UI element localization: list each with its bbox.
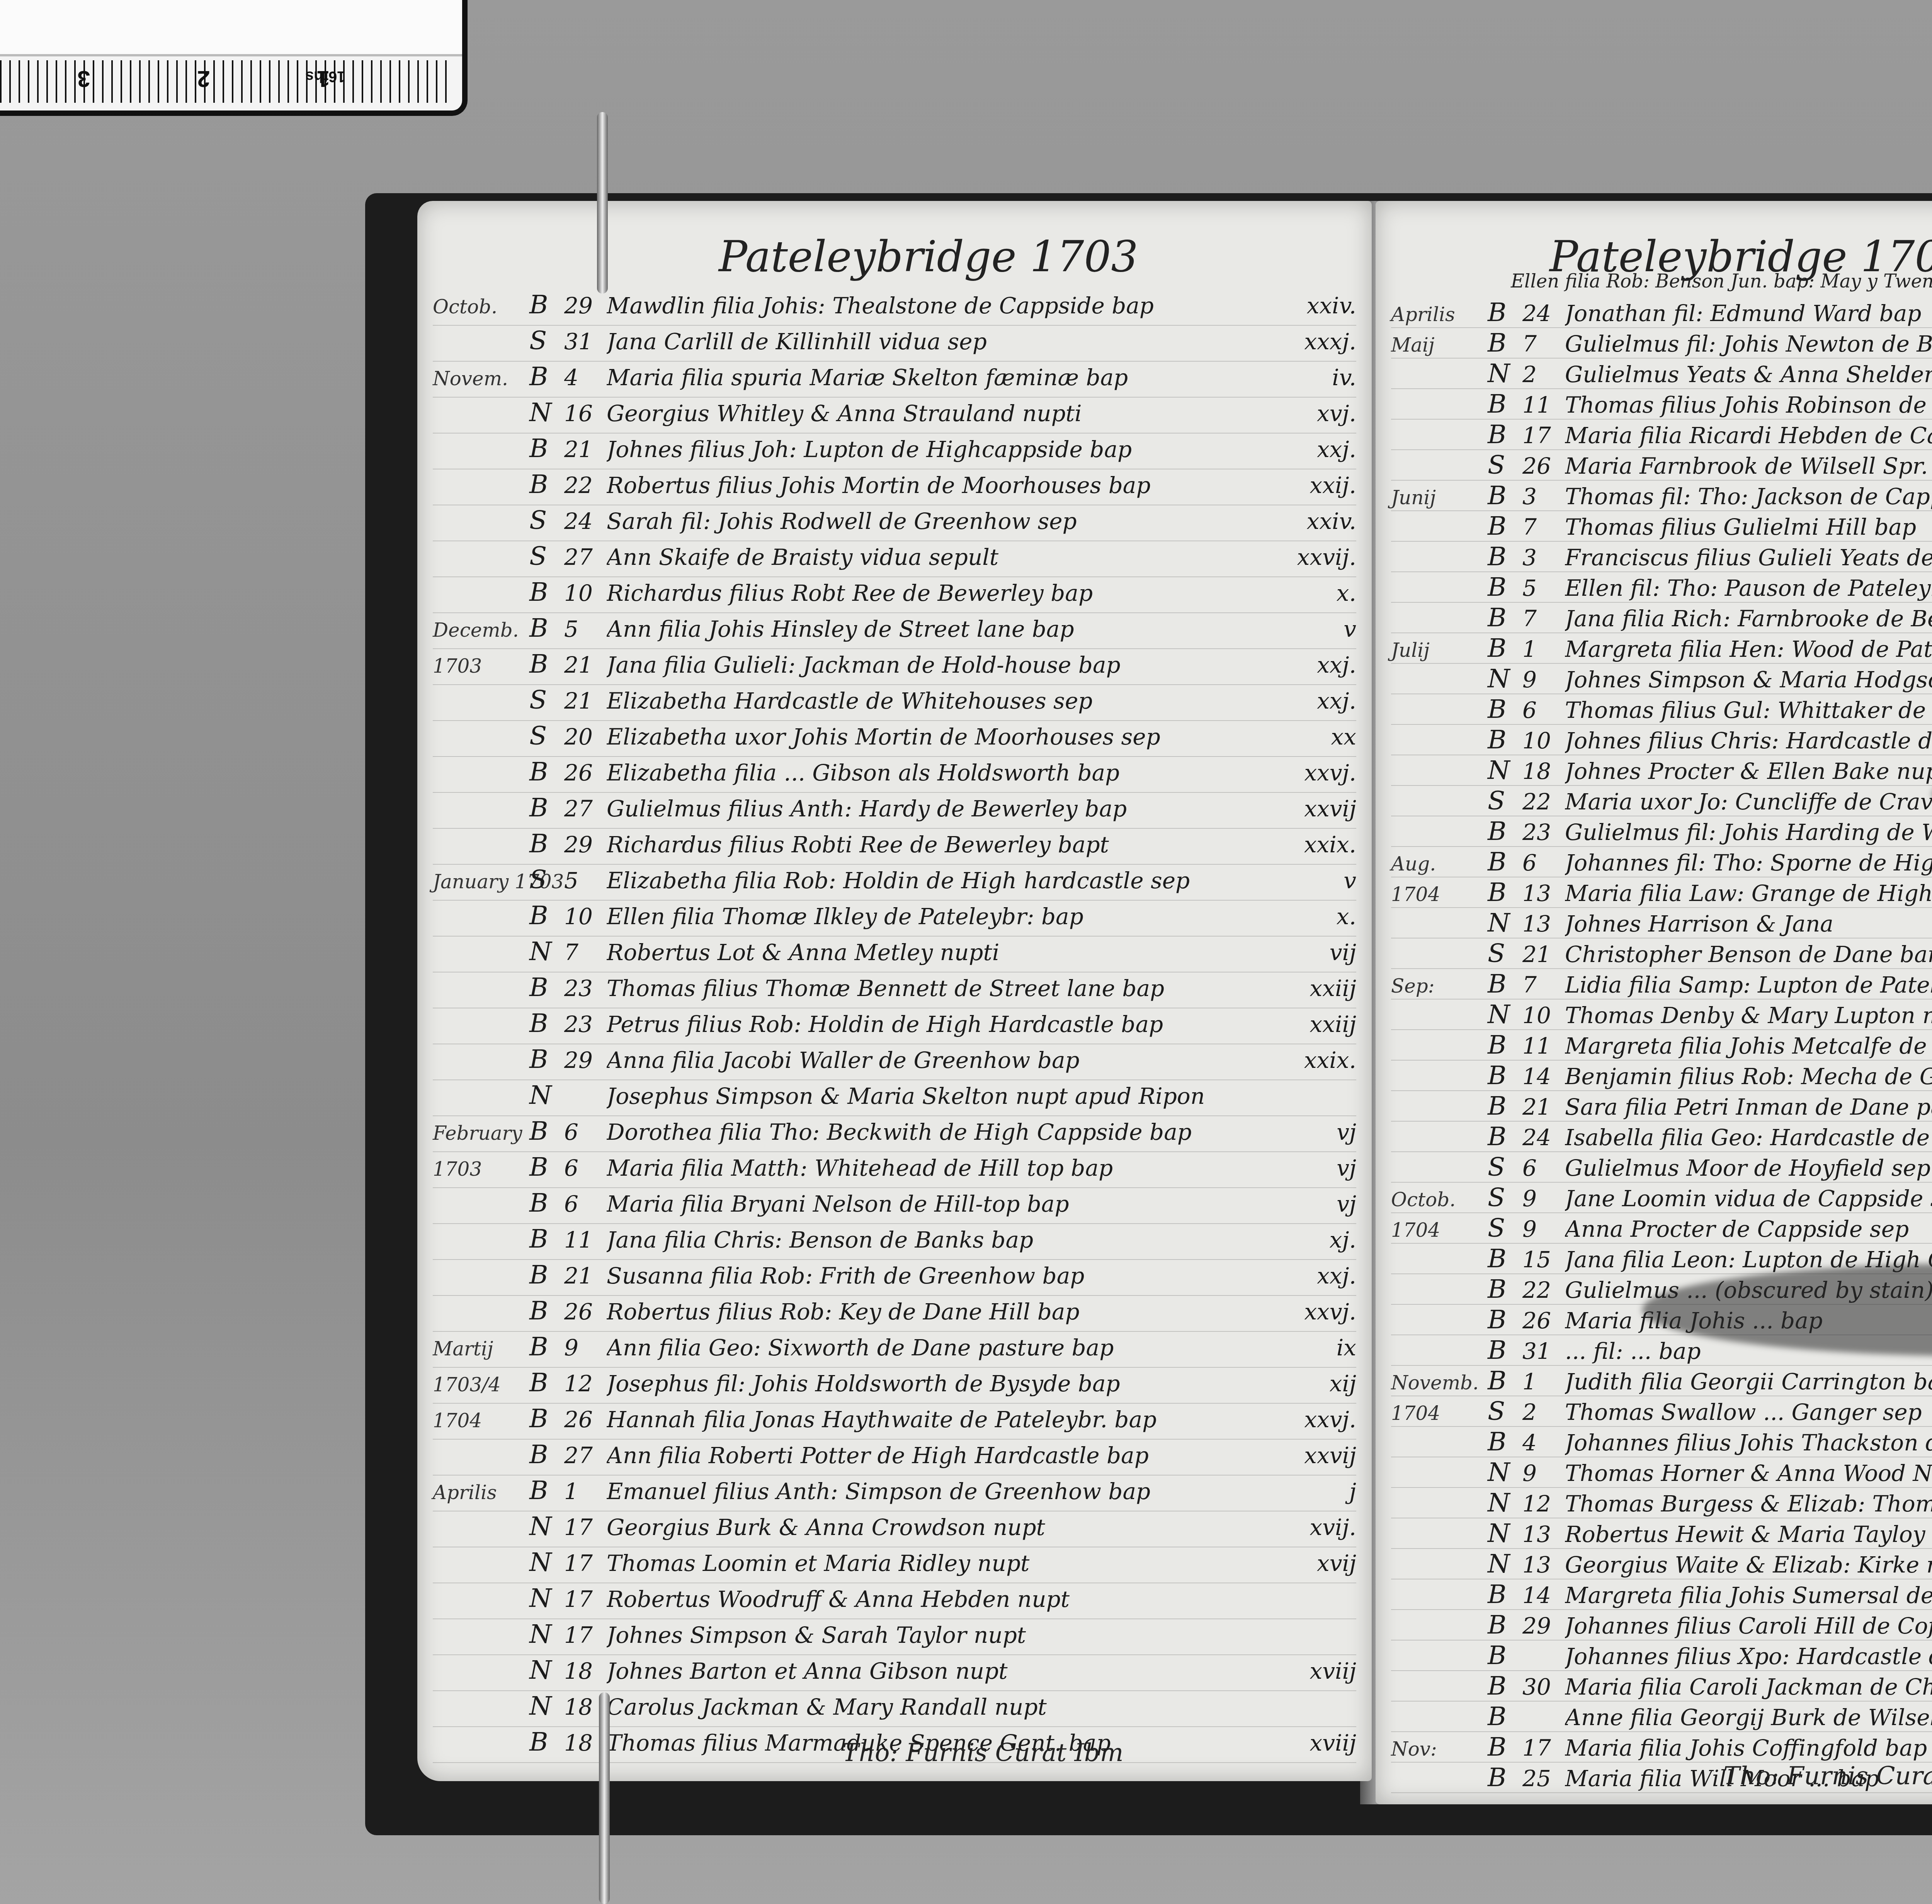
entry-type-mark: B — [1488, 511, 1522, 541]
entry-roman-date: v — [1271, 867, 1356, 894]
entry-day: 1 — [1522, 1368, 1565, 1395]
entry-month: 1703 — [433, 655, 529, 677]
entry-text: Benjamin filius Rob: Mecha de Greenhow b… — [1565, 1063, 1932, 1090]
entry-day: 21 — [564, 1263, 607, 1289]
entry-text: Thomas filius Johis Robinson de Peckelan… — [1565, 392, 1932, 418]
entry-type-mark: S — [529, 685, 564, 715]
register-entry-row: BAnne filia Georgij Burk de Wilsell bapi… — [1391, 1702, 1932, 1732]
entry-type-mark: B — [1488, 572, 1522, 602]
entry-text: Johannes filius Johis Thackston de Brais… — [1565, 1430, 1932, 1456]
entry-text: Gulielmus Moor de Hoyfield sep — [1565, 1155, 1932, 1181]
entry-day: 26 — [564, 760, 607, 786]
entry-day: 17 — [564, 1550, 607, 1576]
entry-text: Maria filia Caroli Jackman de Church Gre… — [1565, 1674, 1932, 1700]
entry-type-mark: N — [1488, 664, 1522, 694]
right-page: Pateleybridge 1704. 24 Ellen filia Rob: … — [1376, 201, 1932, 1804]
register-entry-row: N13Johnes Harrison & Jananupt xiij — [1391, 908, 1932, 938]
entry-text: Gulielmus filius Anth: Hardy de Bewerley… — [607, 796, 1271, 822]
entry-type-mark: B — [1488, 816, 1522, 846]
entry-roman-date: xxvj. — [1271, 1299, 1356, 1325]
entry-type-mark: N — [529, 937, 564, 966]
register-entry-row: B21Sara filia Petri Inman de Dane pastur… — [1391, 1091, 1932, 1122]
entry-month: Julij — [1391, 639, 1488, 661]
entry-roman-date: xvj. — [1271, 400, 1356, 427]
entry-day: 1 — [1522, 636, 1565, 662]
register-entry-row: N2Gulielmus Yeats & Anna Shelden nuptij. — [1391, 359, 1932, 389]
entry-text: Gulielmus Yeats & Anna Shelden nupt — [1565, 361, 1932, 388]
register-entry-row: N10Thomas Denby & Mary Lupton nuptdecimo… — [1391, 1000, 1932, 1030]
entry-type-mark: B — [1488, 328, 1522, 358]
entry-month: 1704 — [433, 1409, 529, 1432]
entry-day: 10 — [1522, 1002, 1565, 1028]
entry-text: Hannah filia Jonas Haythwaite de Pateley… — [607, 1406, 1271, 1433]
entry-text: Ann Skaife de Braisty vidua sepult — [607, 544, 1271, 570]
measuring-ruler: 3 2 1 16ths — [0, 0, 468, 116]
entry-text: Robertus Hewit & Maria Tayloy nupt: — [1565, 1521, 1932, 1547]
left-curate-signature: Tho: Furnis Curat Ibm — [842, 1739, 1123, 1767]
entry-text: Jana filia Gulieli: Jackman de Hold-hous… — [607, 652, 1271, 678]
entry-day: 31 — [1522, 1338, 1565, 1364]
entry-month: 1704 — [1391, 883, 1488, 906]
register-entry-row: B26Robertus filius Rob: Key de Dane Hill… — [433, 1296, 1356, 1332]
entry-day: 7 — [1522, 605, 1565, 632]
register-entry-row: N17Robertus Woodruff & Anna Hebden nupt — [433, 1583, 1356, 1619]
entry-type-mark: B — [1488, 389, 1522, 419]
entry-roman-date: xxvij — [1271, 796, 1356, 822]
entry-day: 14 — [1522, 1582, 1565, 1608]
entry-type-mark: B — [529, 972, 564, 1002]
entry-type-mark: B — [529, 1224, 564, 1254]
right-register-entries: AprilisB24Jonathan fil: Edmund Ward bapx… — [1391, 297, 1932, 1793]
entry-type-mark: B — [1488, 1579, 1522, 1609]
entry-month: Aprilis — [433, 1481, 529, 1504]
entry-type-mark: B — [529, 829, 564, 858]
entry-day: 23 — [564, 975, 607, 1001]
entry-type-mark: B — [529, 1727, 564, 1757]
entry-text: Jana filia Chris: Benson de Banks bap — [607, 1227, 1271, 1253]
register-entry-row: 1704B13Maria filia Law: Grange de High R… — [1391, 877, 1932, 908]
entry-type-mark: B — [1488, 1366, 1522, 1396]
entry-day: 26 — [564, 1406, 607, 1433]
entry-month: Octob. — [433, 296, 529, 318]
entry-roman-date: iv. — [1271, 364, 1356, 391]
entry-roman-date: xxj. — [1271, 436, 1356, 462]
entry-day: 4 — [1522, 1430, 1565, 1456]
entry-type-mark: B — [529, 577, 564, 607]
register-entry-row: Novem.B4Maria filia spuria Mariæ Skelton… — [433, 362, 1356, 398]
entry-text: Dorothea filia Tho: Beckwith de High Cap… — [607, 1119, 1271, 1145]
register-entry-row: S26Maria Farnbrook de Wilsell Spr. sepxx… — [1391, 450, 1932, 481]
entry-text: Sarah fil: Johis Rodwell de Greenhow sep — [607, 508, 1271, 534]
entry-month: 1704 — [1391, 1219, 1488, 1241]
entry-text: Maria filia Matth: Whitehead de Hill top… — [607, 1155, 1271, 1181]
entry-day: 6 — [564, 1191, 607, 1217]
entry-type-mark: B — [529, 793, 564, 823]
entry-type-mark: N — [529, 1511, 564, 1541]
register-entry-row: JulijB1Margreta filia Hen: Wood de Patel… — [1391, 633, 1932, 664]
register-entry-row: B6Maria filia Bryani Nelson de Hill-top … — [433, 1188, 1356, 1224]
entry-roman-date: xxvij. — [1271, 544, 1356, 570]
entry-text: Georgius Waite & Elizab: Kirke nupt: — [1565, 1552, 1932, 1578]
entry-day: 11 — [564, 1227, 607, 1253]
entry-type-mark: B — [529, 290, 564, 320]
entry-type-mark: N — [529, 1547, 564, 1577]
entry-day: 21 — [1522, 941, 1565, 967]
register-entry-row: 1703B6Maria filia Matth: Whitehead de Hi… — [433, 1152, 1356, 1188]
entry-day: 31 — [564, 328, 607, 355]
entry-text: Christopher Benson de Dane banks sep — [1565, 941, 1932, 967]
entry-month: Martij — [433, 1338, 529, 1360]
register-entry-row: 1703B21Jana filia Gulieli: Jackman de Ho… — [433, 649, 1356, 685]
entry-type-mark: B — [529, 1440, 564, 1469]
entry-day: 26 — [564, 1299, 607, 1325]
entry-text: Sara filia Petri Inman de Dane pasture b… — [1565, 1094, 1932, 1120]
entry-roman-date: xviij — [1271, 1658, 1356, 1684]
entry-month: Novemb. — [1391, 1372, 1488, 1394]
entry-text: Johannes filius Caroli Hill de Coffingfo… — [1565, 1613, 1932, 1639]
entry-type-mark: B — [1488, 725, 1522, 755]
register-entry-row: N13Robertus Hewit & Maria Tayloy nupt:xi… — [1391, 1518, 1932, 1549]
left-page-title: Pateleybridge 1703 — [719, 232, 1138, 281]
entry-day: 24 — [1522, 300, 1565, 326]
register-entry-row: B11Thomas filius Johis Robinson de Pecke… — [1391, 389, 1932, 420]
register-entry-row: N17Thomas Loomin et Maria Ridley nuptxvi… — [433, 1547, 1356, 1583]
entry-type-mark: B — [1488, 1061, 1522, 1090]
entry-text: Susanna filia Rob: Frith de Greenhow bap — [607, 1263, 1271, 1289]
entry-text: Maria filia Bryani Nelson de Hill-top ba… — [607, 1191, 1271, 1217]
entry-text: Thomas Denby & Mary Lupton nupt — [1565, 1002, 1932, 1028]
entry-month: Aprilis — [1391, 303, 1488, 326]
entry-month: Novem. — [433, 367, 529, 390]
entry-type-mark: B — [529, 1332, 564, 1362]
entry-text: Johnes Harrison & Jana — [1565, 911, 1932, 937]
entry-type-mark: B — [529, 1044, 564, 1074]
register-entry-row: January 1703S5Elizabetha filia Rob: Hold… — [433, 865, 1356, 901]
entry-day: 14 — [1522, 1063, 1565, 1090]
register-entry-row: N16Georgius Whitley & Anna Strauland nup… — [433, 398, 1356, 433]
register-entry-row: 1703/4B12Josephus fil: Johis Holdsworth … — [433, 1368, 1356, 1404]
page-weight-left — [599, 1692, 610, 1904]
entry-day: 9 — [1522, 666, 1565, 693]
register-entry-row: B17Maria filia Ricardi Hebden de Cappsid… — [1391, 420, 1932, 450]
entry-day: 24 — [564, 508, 607, 534]
entry-text: Maria filia spuria Mariæ Skelton fæminæ … — [607, 364, 1271, 391]
entry-day: 27 — [564, 796, 607, 822]
entry-text: Isabella filia Geo: Hardcastle de Wighil… — [1565, 1124, 1932, 1151]
entry-day: 18 — [564, 1658, 607, 1684]
right-curate-signature: Tho: Furnis Curat Ibm — [1723, 1762, 1932, 1790]
entry-text: Richardus filius Robt Ree de Bewerley ba… — [607, 580, 1271, 606]
entry-roman-date: xxvij — [1271, 1442, 1356, 1469]
entry-day: 6 — [564, 1119, 607, 1145]
entry-day: 12 — [1522, 1491, 1565, 1517]
entry-roman-date: v — [1271, 616, 1356, 642]
entry-type-mark: B — [1488, 633, 1522, 663]
entry-type-mark: B — [1488, 481, 1522, 510]
entry-type-mark: B — [1488, 1610, 1522, 1640]
entry-type-mark: S — [529, 505, 564, 535]
paper-clip — [597, 112, 608, 294]
register-entry-row: 1704B26Hannah filia Jonas Haythwaite de … — [433, 1404, 1356, 1440]
entry-type-mark: B — [1488, 1244, 1522, 1273]
entry-type-mark: S — [1488, 938, 1522, 968]
entry-roman-date: vj — [1271, 1155, 1356, 1181]
entry-text: Thomas filius Thomæ Bennett de Street la… — [607, 975, 1271, 1001]
entry-day: 13 — [1522, 880, 1565, 906]
entry-type-mark: B — [1488, 1702, 1522, 1731]
entry-text: Elizabetha filia ... Gibson als Holdswor… — [607, 760, 1271, 786]
register-entry-row: B23Gulielmus fil: Johis Harding de Woode… — [1391, 816, 1932, 847]
entry-text: Johnes Barton et Anna Gibson nupt — [607, 1658, 1271, 1684]
register-entry-row: 1704S9Anna Procter de Cappside sepix — [1391, 1213, 1932, 1244]
register-entry-row: S31Jana Carlill de Killinhill vidua sepx… — [433, 326, 1356, 362]
entry-text: Ann filia Roberti Potter de High Hardcas… — [607, 1442, 1271, 1469]
entry-type-mark: N — [529, 1655, 564, 1685]
entry-day: 23 — [1522, 819, 1565, 845]
entry-day: 21 — [564, 688, 607, 714]
left-page: Pateleybridge 1703 Octob.B29Mawdlin fili… — [417, 201, 1372, 1781]
entry-day: 16 — [564, 400, 607, 427]
entry-text: Elizabetha uxor Johis Mortin de Moorhous… — [607, 724, 1271, 750]
entry-type-mark: S — [1488, 1213, 1522, 1243]
register-entry-row: Nov:B17Maria filia Johis Coffingfold bap… — [1391, 1732, 1932, 1763]
entry-day: 17 — [1522, 1735, 1565, 1761]
right-header-note: Ellen filia Rob: Benson Jun. bap: May y … — [1511, 270, 1932, 292]
entry-text: Robertus filius Rob: Key de Dane Hill ba… — [607, 1299, 1271, 1325]
register-entry-row: JunijB3Thomas fil: Tho: Jackson de Capps… — [1391, 481, 1932, 511]
entry-type-mark: B — [1488, 1122, 1522, 1151]
ruler-mark-2: 2 — [197, 66, 210, 92]
entry-day: 7 — [1522, 514, 1565, 540]
entry-day: 22 — [564, 472, 607, 498]
entry-type-mark: B — [529, 469, 564, 499]
entry-type-mark: S — [1488, 1183, 1522, 1212]
entry-roman-date: xxiv. — [1271, 508, 1356, 534]
entry-text: Johnes filius Chris: Hardcastle de High … — [1565, 728, 1932, 754]
entry-day: 10 — [1522, 728, 1565, 754]
register-entry-row: NJosephus Simpson & Maria Skelton nupt a… — [433, 1080, 1356, 1116]
ruler-mark-3: 3 — [77, 66, 90, 92]
entry-type-mark: B — [1488, 1335, 1522, 1365]
entry-month: Junij — [1391, 486, 1488, 509]
entry-day: 20 — [564, 724, 607, 750]
register-entry-row: N18Johnes Procter & Ellen Bake nuptixvii… — [1391, 755, 1932, 786]
entry-day: 6 — [1522, 1155, 1565, 1181]
entry-type-mark: B — [1488, 1274, 1522, 1304]
entry-type-mark: B — [1488, 847, 1522, 877]
register-entry-row: B29Anna filia Jacobi Waller de Greenhow … — [433, 1044, 1356, 1080]
entry-text: Emanuel filius Anth: Simpson de Greenhow… — [607, 1478, 1271, 1504]
entry-type-mark: S — [1488, 1396, 1522, 1426]
entry-roman-date: x. — [1271, 903, 1356, 930]
entry-type-mark: S — [529, 865, 564, 894]
register-entry-row: Octob.B29Mawdlin filia Johis: Thealstone… — [433, 290, 1356, 326]
register-entry-row: B10Ellen filia Thomæ Ilkley de Pateleybr… — [433, 901, 1356, 937]
entry-day: 27 — [564, 544, 607, 570]
entry-day: 11 — [1522, 392, 1565, 418]
register-entry-row: Sep:B7Lidia filia Samp: Lupton de Patele… — [1391, 969, 1932, 1000]
entry-type-mark: B — [1488, 1763, 1522, 1792]
entry-day: 13 — [1522, 1552, 1565, 1578]
entry-day: 7 — [1522, 331, 1565, 357]
entry-day: 2 — [1522, 1399, 1565, 1425]
register-entry-row: FebruaryB6Dorothea filia Tho: Beckwith d… — [433, 1116, 1356, 1152]
entry-day: 4 — [564, 364, 607, 391]
entry-type-mark: B — [1488, 1030, 1522, 1060]
entry-day: 17 — [564, 1514, 607, 1540]
entry-month: 1703/4 — [433, 1374, 529, 1396]
entry-roman-date: xj. — [1271, 1227, 1356, 1253]
entry-text: Petrus filius Rob: Holdin de High Hardca… — [607, 1011, 1271, 1037]
entry-text: Maria filia Law: Grange de High Rykes ba… — [1565, 880, 1932, 906]
entry-text: Thomas Loomin et Maria Ridley nupt — [607, 1550, 1271, 1576]
entry-type-mark: N — [1488, 908, 1522, 938]
register-entry-row: N17Georgius Burk & Anna Crowdson nuptxvi… — [433, 1511, 1356, 1547]
register-entry-row: B24Isabella filia Geo: Hardcastle de Wig… — [1391, 1122, 1932, 1152]
entry-roman-date: xxvj. — [1271, 1406, 1356, 1433]
register-entry-row: MartijB9Ann filia Geo: Sixworth de Dane … — [433, 1332, 1356, 1368]
register-entry-row: N9Johnes Simpson & Maria Hodgson nuptiix — [1391, 664, 1932, 694]
entry-text: Johnes Simpson & Maria Hodgson nupti — [1565, 666, 1932, 693]
register-entry-row: B27Ann filia Roberti Potter de High Hard… — [433, 1440, 1356, 1476]
entry-day: 26 — [1522, 1307, 1565, 1334]
entry-text: Maria filia Johis Coffingfold bap (struc… — [1565, 1735, 1932, 1761]
entry-type-mark: S — [1488, 450, 1522, 480]
entry-type-mark: B — [1488, 1732, 1522, 1762]
entry-text: Johnes filius Joh: Lupton de Highcappsid… — [607, 436, 1271, 462]
entry-day: 3 — [1522, 544, 1565, 571]
entry-day: 5 — [1522, 575, 1565, 601]
entry-type-mark: N — [1488, 755, 1522, 785]
entry-day: 21 — [564, 652, 607, 678]
entry-text: Johnes Procter & Ellen Bake nupti — [1565, 758, 1932, 784]
entry-type-mark: B — [1488, 420, 1522, 449]
entry-day: 3 — [1522, 483, 1565, 510]
entry-text: Johannes fil: Tho: Sporne de High Cappsi… — [1565, 850, 1932, 876]
entry-roman-date: xviij — [1271, 1730, 1356, 1756]
entry-type-mark: B — [529, 901, 564, 930]
register-entry-row: B30Maria filia Caroli Jackman de Church … — [1391, 1671, 1932, 1702]
entry-type-mark: B — [1488, 542, 1522, 571]
entry-text: Lidia filia Samp: Lupton de Pateleybr: b… — [1565, 972, 1932, 998]
entry-day: 22 — [1522, 1277, 1565, 1303]
register-entry-row: B23Thomas filius Thomæ Bennett de Street… — [433, 972, 1356, 1008]
register-entry-row: Decemb.B5Ann filia Johis Hinsley de Stre… — [433, 613, 1356, 649]
entry-text: Margreta filia Johis Sumersal de Pateley… — [1565, 1582, 1932, 1608]
entry-day: 6 — [1522, 697, 1565, 723]
register-entry-row: B29Richardus filius Robti Ree de Bewerle… — [433, 829, 1356, 865]
entry-type-mark: B — [529, 1008, 564, 1038]
entry-day: 29 — [564, 1047, 607, 1073]
register-entry-row: N9Thomas Horner & Anna Wood Nuptix — [1391, 1457, 1932, 1488]
entry-roman-date: xij — [1271, 1370, 1356, 1397]
entry-text: Jana filia Rich: Farnbrooke de Bewerley … — [1565, 605, 1932, 632]
entry-day: 29 — [564, 292, 607, 319]
entry-day: 13 — [1522, 1521, 1565, 1547]
entry-text: Jonathan fil: Edmund Ward bap — [1565, 300, 1932, 326]
entry-type-mark: B — [529, 649, 564, 679]
entry-type-mark: N — [529, 398, 564, 427]
register-entry-row: B14Margreta filia Johis Sumersal de Pate… — [1391, 1579, 1932, 1610]
entry-day: 18 — [1522, 758, 1565, 784]
entry-type-mark: B — [1488, 297, 1522, 327]
entry-roman-date: vj — [1271, 1191, 1356, 1217]
entry-type-mark: B — [529, 757, 564, 787]
entry-day: 17 — [1522, 422, 1565, 449]
entry-text: Georgius Burk & Anna Crowdson nupt — [607, 1514, 1271, 1540]
register-entry-row: N13Georgius Waite & Elizab: Kirke nupt:x… — [1391, 1549, 1932, 1579]
entry-day: 6 — [1522, 850, 1565, 876]
entry-type-mark: B — [1488, 694, 1522, 724]
entry-day: 11 — [1522, 1033, 1565, 1059]
entry-type-mark: N — [529, 1619, 564, 1649]
entry-type-mark: B — [1488, 1640, 1522, 1670]
entry-type-mark: B — [529, 1296, 564, 1326]
entry-type-mark: N — [529, 1691, 564, 1721]
ruler-ticks — [0, 60, 447, 103]
entry-day: 6 — [564, 1155, 607, 1181]
entry-month: Aug. — [1391, 853, 1488, 875]
entry-type-mark: S — [1488, 786, 1522, 816]
entry-day: 17 — [564, 1586, 607, 1612]
register-entry-row: B11Jana filia Chris: Benson de Banks bap… — [433, 1224, 1356, 1260]
entry-text: Jana Carlill de Killinhill vidua sep — [607, 328, 1271, 355]
entry-roman-date: xvij — [1271, 1550, 1356, 1576]
entry-type-mark: B — [529, 1116, 564, 1146]
entry-day: 7 — [1522, 972, 1565, 998]
entry-text: Gulielmus fil: Johis Harding de Woodend … — [1565, 819, 1932, 845]
entry-month: February — [433, 1122, 529, 1144]
entry-type-mark: B — [529, 1152, 564, 1182]
register-entry-row: N7Robertus Lot & Anna Metley nuptivij — [433, 937, 1356, 972]
entry-text: Anne filia Georgij Burk de Wilsell bap — [1565, 1704, 1932, 1731]
register-entry-row: MaijB7Gulielmus fil: Johis Newton de Ban… — [1391, 328, 1932, 359]
entry-month: Octob. — [1391, 1188, 1488, 1211]
entry-roman-date: xxiij — [1271, 975, 1356, 1001]
entry-type-mark: S — [1488, 1152, 1522, 1182]
register-entry-row: AprilisB24Jonathan fil: Edmund Ward bapx… — [1391, 297, 1932, 328]
entry-type-mark: B — [1488, 1091, 1522, 1121]
entry-type-mark: B — [529, 362, 564, 391]
entry-month: Sep: — [1391, 975, 1488, 997]
register-entry-row: S20Elizabetha uxor Johis Mortin de Moorh… — [433, 721, 1356, 757]
entry-day: 23 — [564, 1011, 607, 1037]
entry-type-mark: B — [529, 1260, 564, 1290]
entry-day: 29 — [1522, 1613, 1565, 1639]
entry-text: Thomas Horner & Anna Wood Nupt — [1565, 1460, 1932, 1486]
entry-month: 1704 — [1391, 1402, 1488, 1425]
entry-roman-date: xxj. — [1271, 688, 1356, 714]
register-entry-row: S27Ann Skaife de Braisty vidua sepultxxv… — [433, 541, 1356, 577]
entry-type-mark: S — [529, 326, 564, 355]
entry-type-mark: N — [1488, 1518, 1522, 1548]
register-entry-row: B10Richardus filius Robt Ree de Bewerley… — [433, 577, 1356, 613]
entry-day: 10 — [564, 580, 607, 606]
register-entry-row: BJohannes filius Xpo: Hardcastle de high… — [1391, 1640, 1932, 1671]
register-entry-row: AprilisB1Emanuel filius Anth: Simpson de… — [433, 1476, 1356, 1511]
register-entry-row: B21Johnes filius Joh: Lupton de Highcapp… — [433, 433, 1356, 469]
left-register-entries: Octob.B29Mawdlin filia Johis: Thealstone… — [433, 290, 1356, 1763]
entry-text: Thomas fil: Tho: Jackson de Cappside bap — [1565, 483, 1932, 510]
entry-text: Thomas Swallow ... Ganger sep — [1565, 1399, 1932, 1425]
entry-text: Thomas Burgess & Elizab: Thompson nupt: — [1565, 1491, 1932, 1517]
entry-day: 7 — [564, 939, 607, 966]
entry-day: 26 — [1522, 453, 1565, 479]
entry-text: Thomas filius Gulielmi Hill bap — [1565, 514, 1932, 540]
entry-text: Josephus Simpson & Maria Skelton nupt ap… — [607, 1083, 1271, 1109]
register-entry-row: Aug.B6Johannes fil: Tho: Sporne de High … — [1391, 847, 1932, 877]
entry-roman-date: xxix. — [1271, 831, 1356, 858]
